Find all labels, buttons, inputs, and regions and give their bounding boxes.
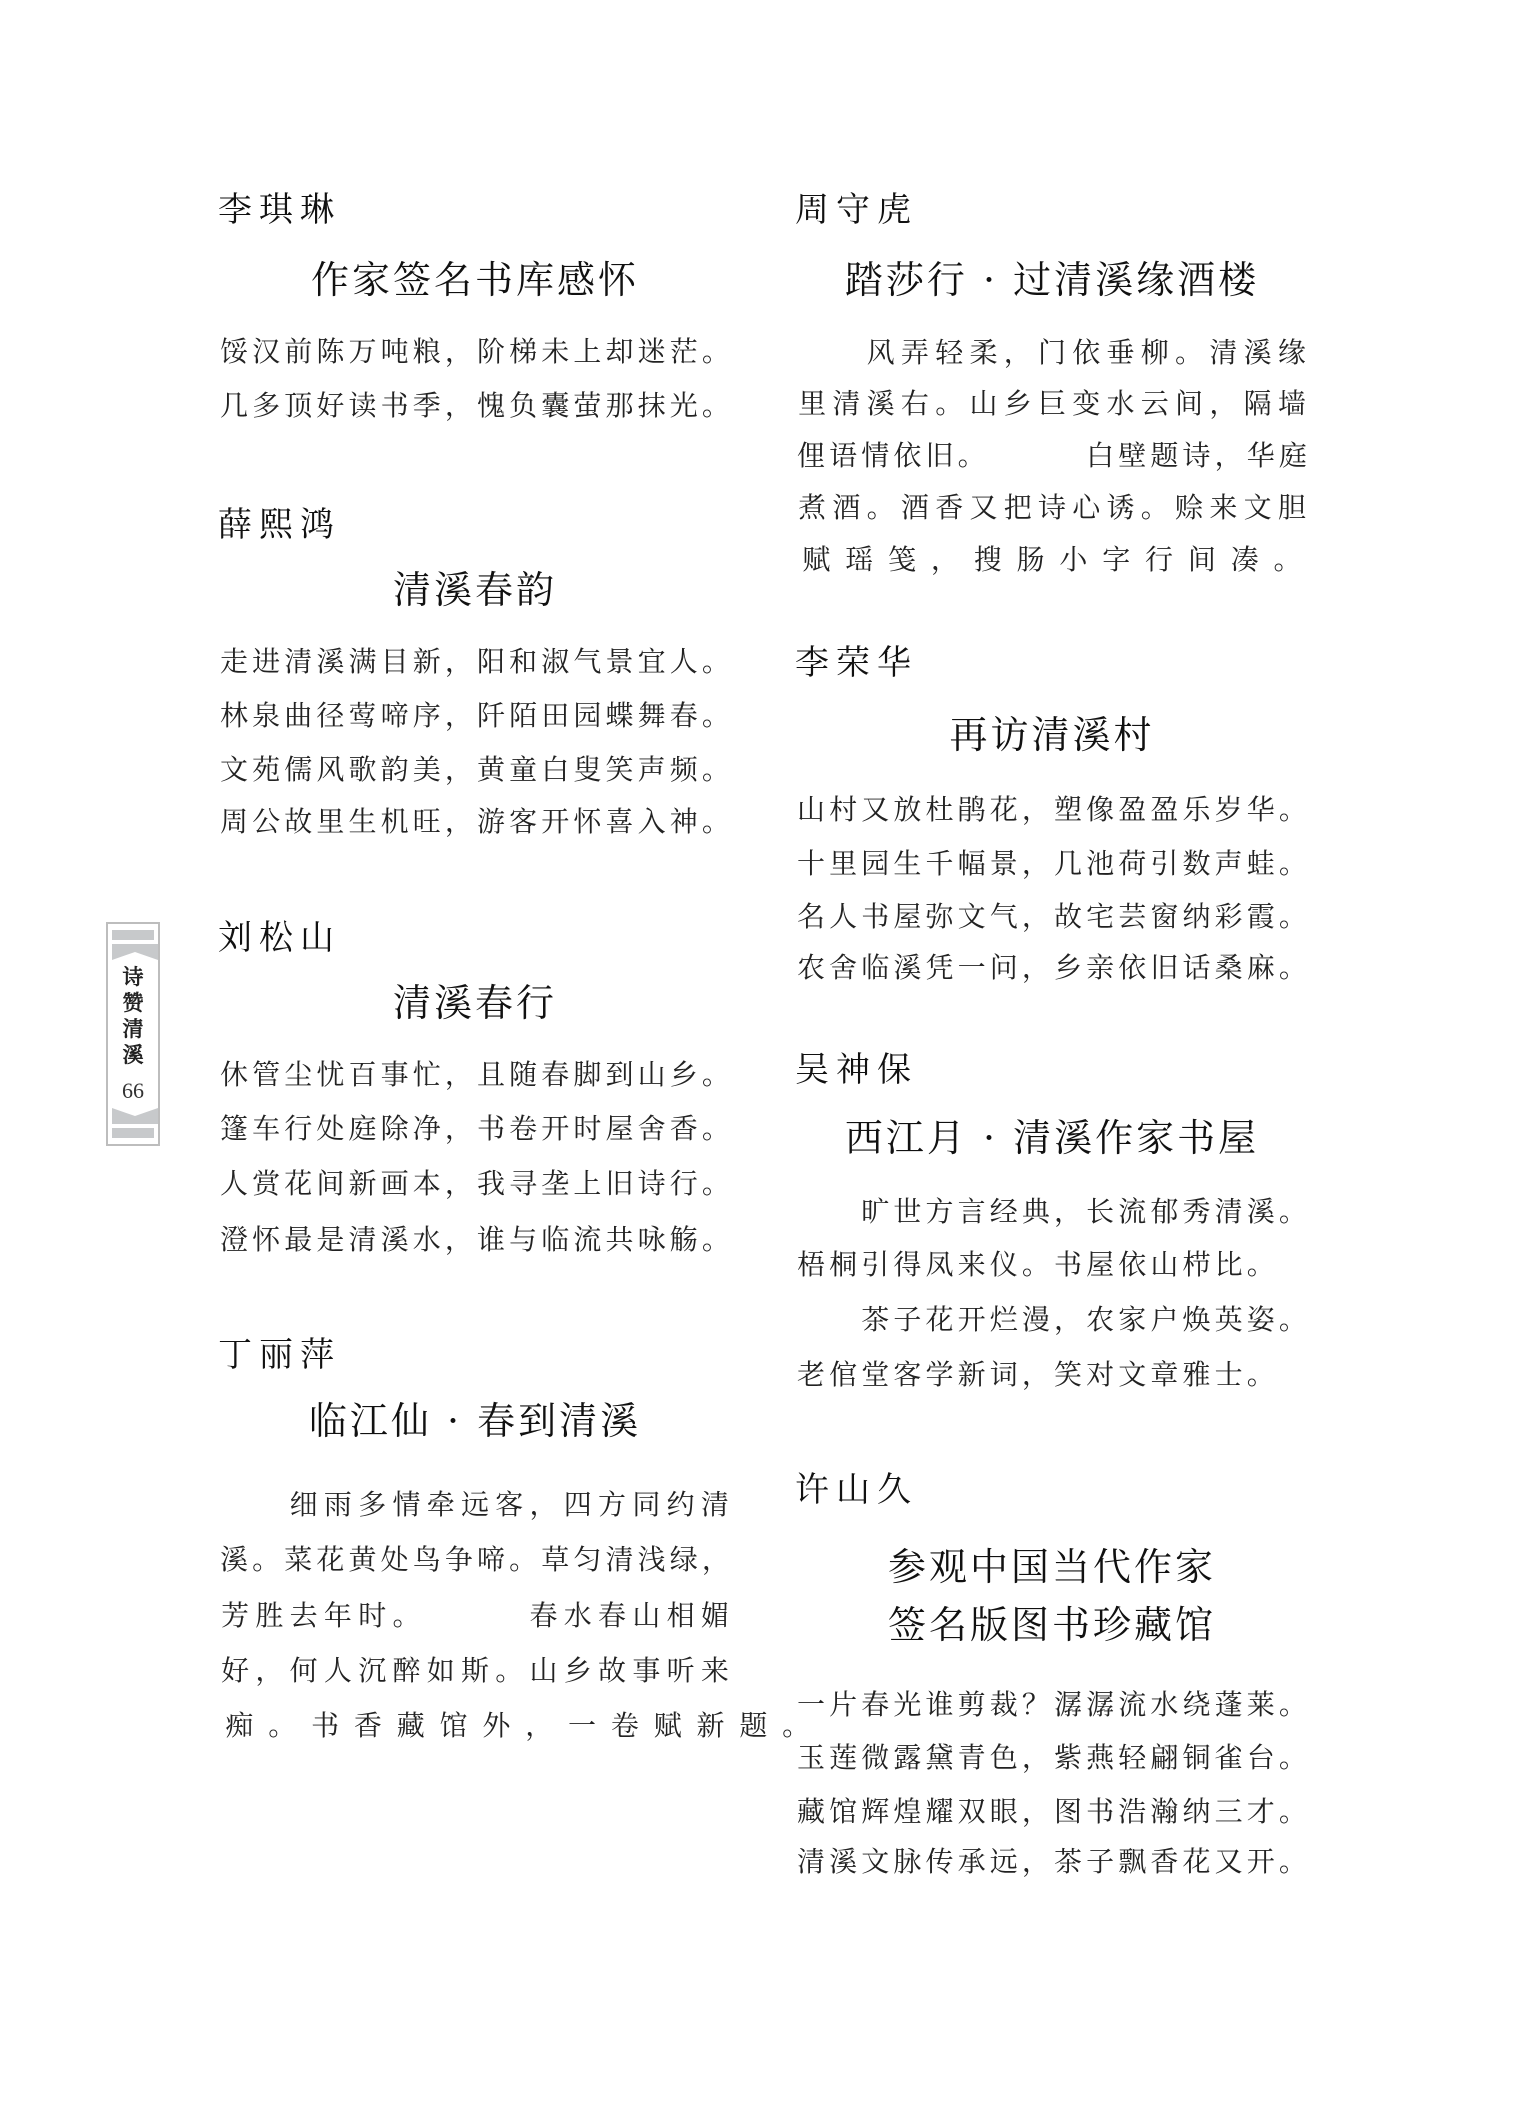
poem-line: 好，何人沉醉如斯。山乡故事听来 bbox=[218, 1653, 732, 1689]
poem-line: 风弄轻柔，门依垂柳。清溪缘 bbox=[795, 335, 1309, 371]
poem-line: 周公故里生机旺，游客开怀喜入神。 bbox=[218, 804, 732, 840]
poem-line: 走进清溪满目新，阳和淑气景宜人。 bbox=[218, 644, 732, 680]
poem-line: 溪。菜花黄处鸟争啼。草匀清浅绿， bbox=[218, 1542, 732, 1578]
poem-author: 周守虎 bbox=[795, 190, 918, 230]
poem-line: 里清溪右。山乡巨变水云间，隔墙 bbox=[795, 386, 1309, 422]
poem-title: 作家签名书库感怀 bbox=[218, 257, 732, 303]
tab-bottom-chevron-icon bbox=[112, 1108, 158, 1124]
section-title: 诗赞清溪 bbox=[122, 964, 144, 1068]
poem-line: 山村又放杜鹃花，塑像盈盈乐岁华。 bbox=[795, 792, 1309, 828]
tab-top-bar bbox=[112, 930, 154, 940]
poem-author: 丁丽萍 bbox=[218, 1335, 341, 1375]
poem-line: 梧桐引得凤来仪。书屋依山栉比。 bbox=[795, 1247, 1277, 1283]
poem-line: 玉莲微露黛青色，紫燕轻翩铜雀台。 bbox=[795, 1740, 1309, 1776]
poem-line: 煮酒。酒香又把诗心诱。赊来文胆 bbox=[795, 490, 1309, 526]
tab-bottom-bar bbox=[112, 1128, 154, 1138]
poem-title: 参观中国当代作家 bbox=[795, 1544, 1309, 1590]
poem-title: 西江月 · 清溪作家书屋 bbox=[795, 1115, 1309, 1161]
poem-line: 几多顶好读书季，愧负囊萤那抹光。 bbox=[218, 388, 732, 424]
poem-line: 痴。书香藏馆外，一卷赋新题。 bbox=[218, 1708, 818, 1744]
poem-title: 清溪春行 bbox=[218, 980, 732, 1026]
side-tab: 诗赞清溪 66 bbox=[106, 922, 160, 1146]
poem-author: 李荣华 bbox=[795, 643, 918, 683]
poem-line: 农舍临溪凭一问，乡亲依旧话桑麻。 bbox=[795, 950, 1309, 986]
poem-line: 馁汉前陈万吨粮，阶梯未上却迷茫。 bbox=[218, 334, 732, 370]
poem-line: 名人书屋弥文气，故宅芸窗纳彩霞。 bbox=[795, 899, 1309, 935]
poem-title: 清溪春韵 bbox=[218, 567, 732, 613]
poem-line: 文苑儒风歌韵美，黄童白叟笑声频。 bbox=[218, 752, 732, 788]
poem-line: 一片春光谁剪裁？潺潺流水绕蓬莱。 bbox=[795, 1687, 1309, 1723]
poem-title: 踏莎行 · 过清溪缘酒楼 bbox=[795, 257, 1309, 303]
poem-line: 篷车行处庭除净，书卷开时屋舍香。 bbox=[218, 1111, 732, 1147]
tab-top-chevron-icon bbox=[112, 944, 158, 960]
poem-line: 十里园生千幅景，几池荷引数声蛙。 bbox=[795, 846, 1309, 882]
poem-author: 薛熙鸿 bbox=[218, 505, 341, 545]
poem-title: 临江仙 · 春到清溪 bbox=[218, 1398, 732, 1444]
poem-author: 许山久 bbox=[795, 1470, 918, 1510]
poem-author: 李琪琳 bbox=[218, 190, 341, 230]
poem-line: 藏馆辉煌耀双眼，图书浩瀚纳三才。 bbox=[795, 1794, 1309, 1830]
poem-author: 刘松山 bbox=[218, 918, 341, 958]
section-title-vertical: 诗赞清溪 bbox=[108, 964, 158, 1068]
poem-title: 再访清溪村 bbox=[795, 712, 1309, 758]
page-number: 66 bbox=[108, 1078, 158, 1104]
poem-line: 林泉曲径莺啼序，阡陌田园蝶舞春。 bbox=[218, 698, 732, 734]
poem-line: 俚语情依旧。 白壁题诗，华庭 bbox=[795, 438, 1309, 474]
poem-line: 赋瑶笺，搜肠小字行间凑。 bbox=[795, 542, 1309, 578]
poem-title: 签名版图书珍藏馆 bbox=[795, 1602, 1309, 1648]
poem-line: 休管尘忧百事忙，且随春脚到山乡。 bbox=[218, 1057, 732, 1093]
poem-line: 清溪文脉传承远，茶子飘香花又开。 bbox=[795, 1844, 1309, 1880]
poem-line: 人赏花间新画本，我寻垄上旧诗行。 bbox=[218, 1166, 732, 1202]
poem-line: 细雨多情牵远客，四方同约清 bbox=[218, 1487, 732, 1523]
poem-line: 老倌堂客学新词，笑对文章雅士。 bbox=[795, 1357, 1277, 1393]
poem-line: 澄怀最是清溪水，谁与临流共咏觞。 bbox=[218, 1222, 732, 1258]
poem-line: 旷世方言经典，长流郁秀清溪。 bbox=[795, 1194, 1309, 1230]
poem-line: 茶子花开烂漫，农家户焕英姿。 bbox=[795, 1302, 1309, 1338]
poem-author: 吴神保 bbox=[795, 1050, 918, 1090]
poem-line: 芳胜去年时。 春水春山相媚 bbox=[218, 1598, 732, 1634]
